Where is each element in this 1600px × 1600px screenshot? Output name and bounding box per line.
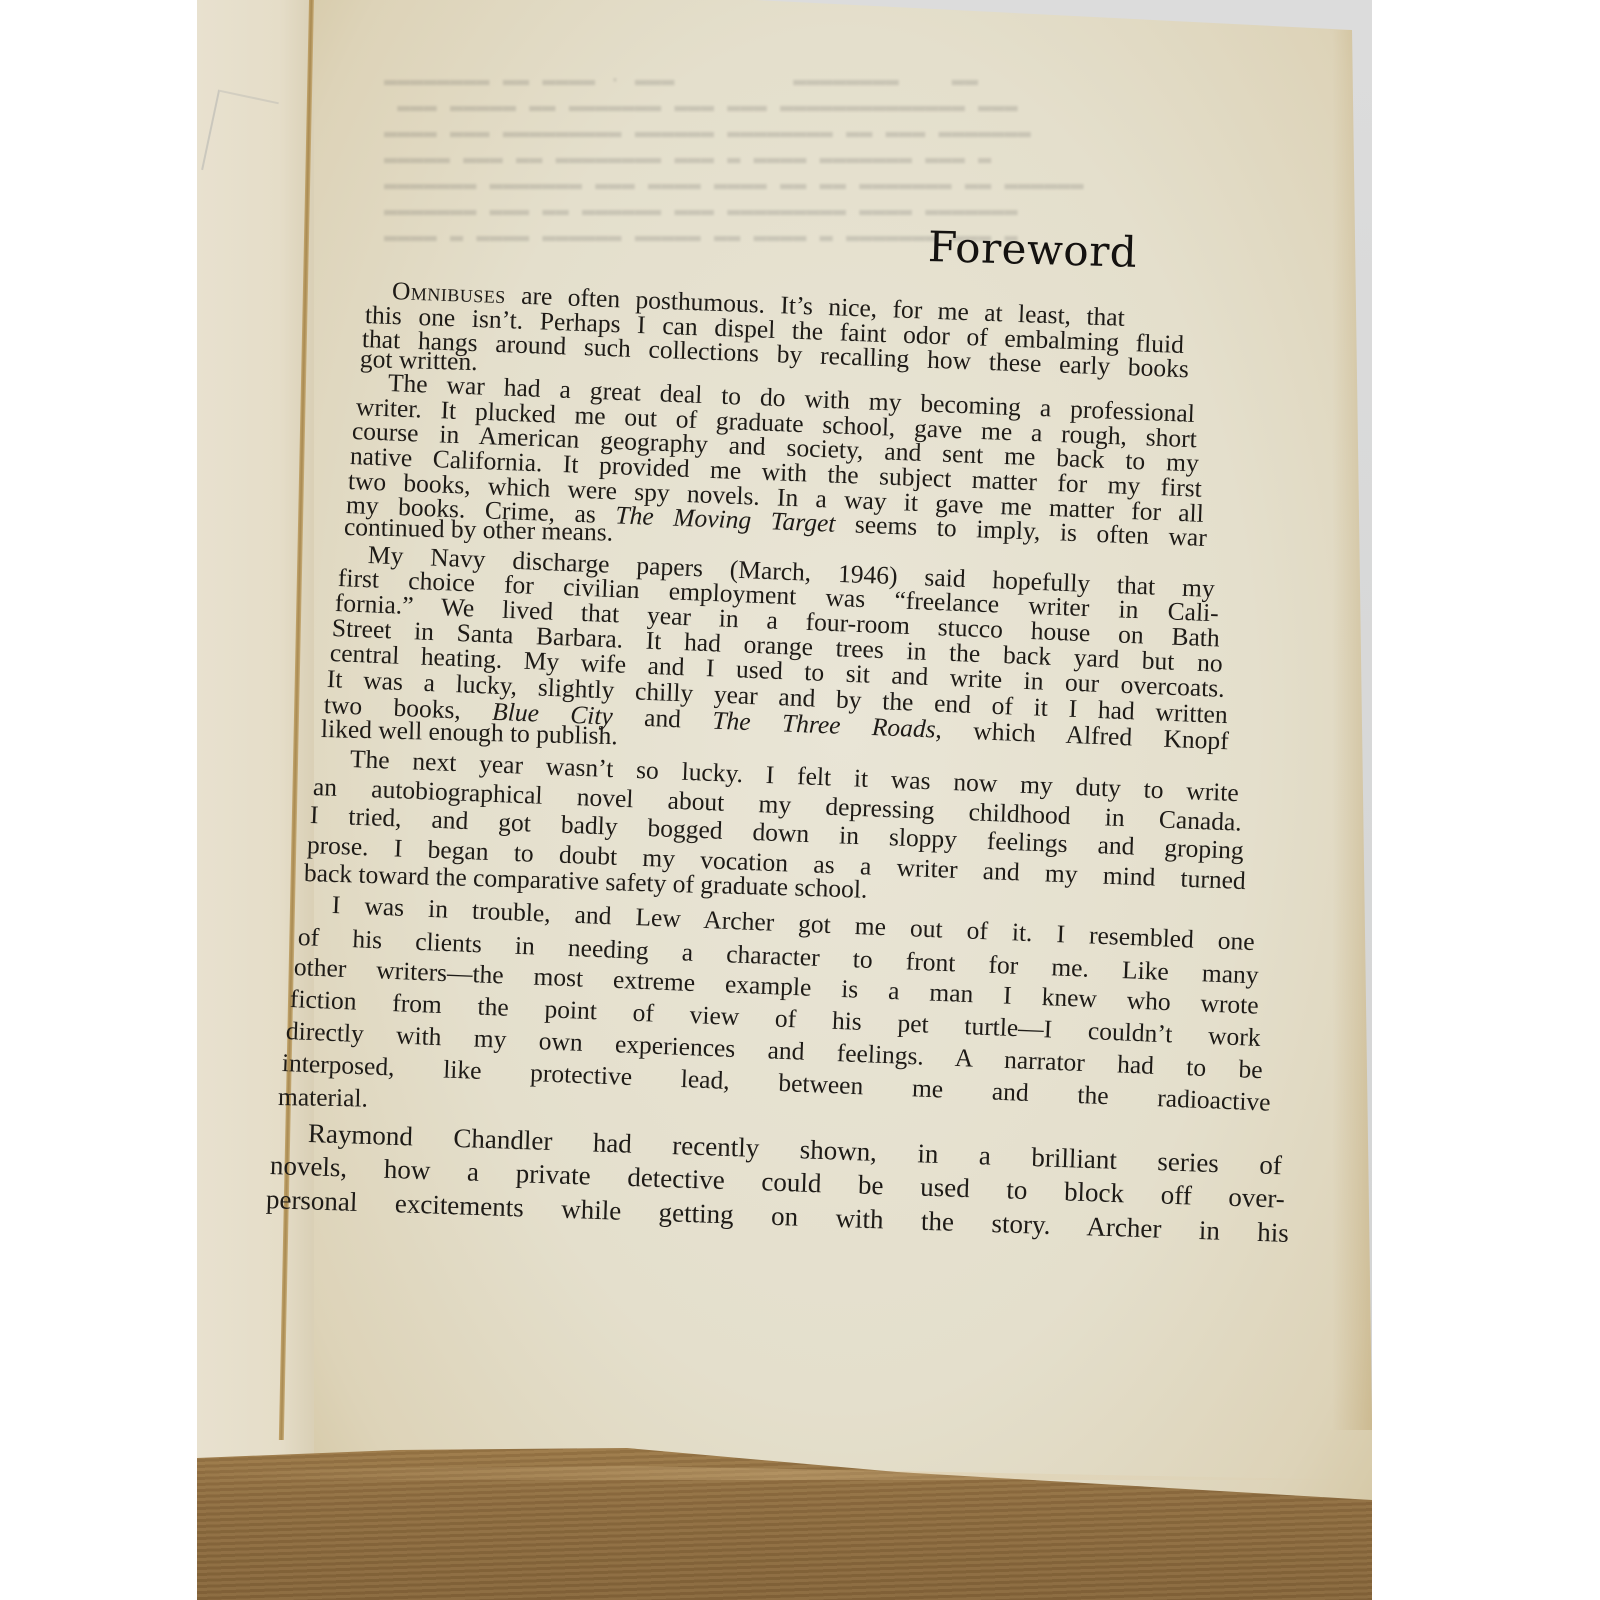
page-title: Foreword xyxy=(927,222,1138,277)
text-line: material. xyxy=(278,1082,368,1114)
page-text: Foreword Omnibuses are often posthumous.… xyxy=(0,0,1600,1600)
